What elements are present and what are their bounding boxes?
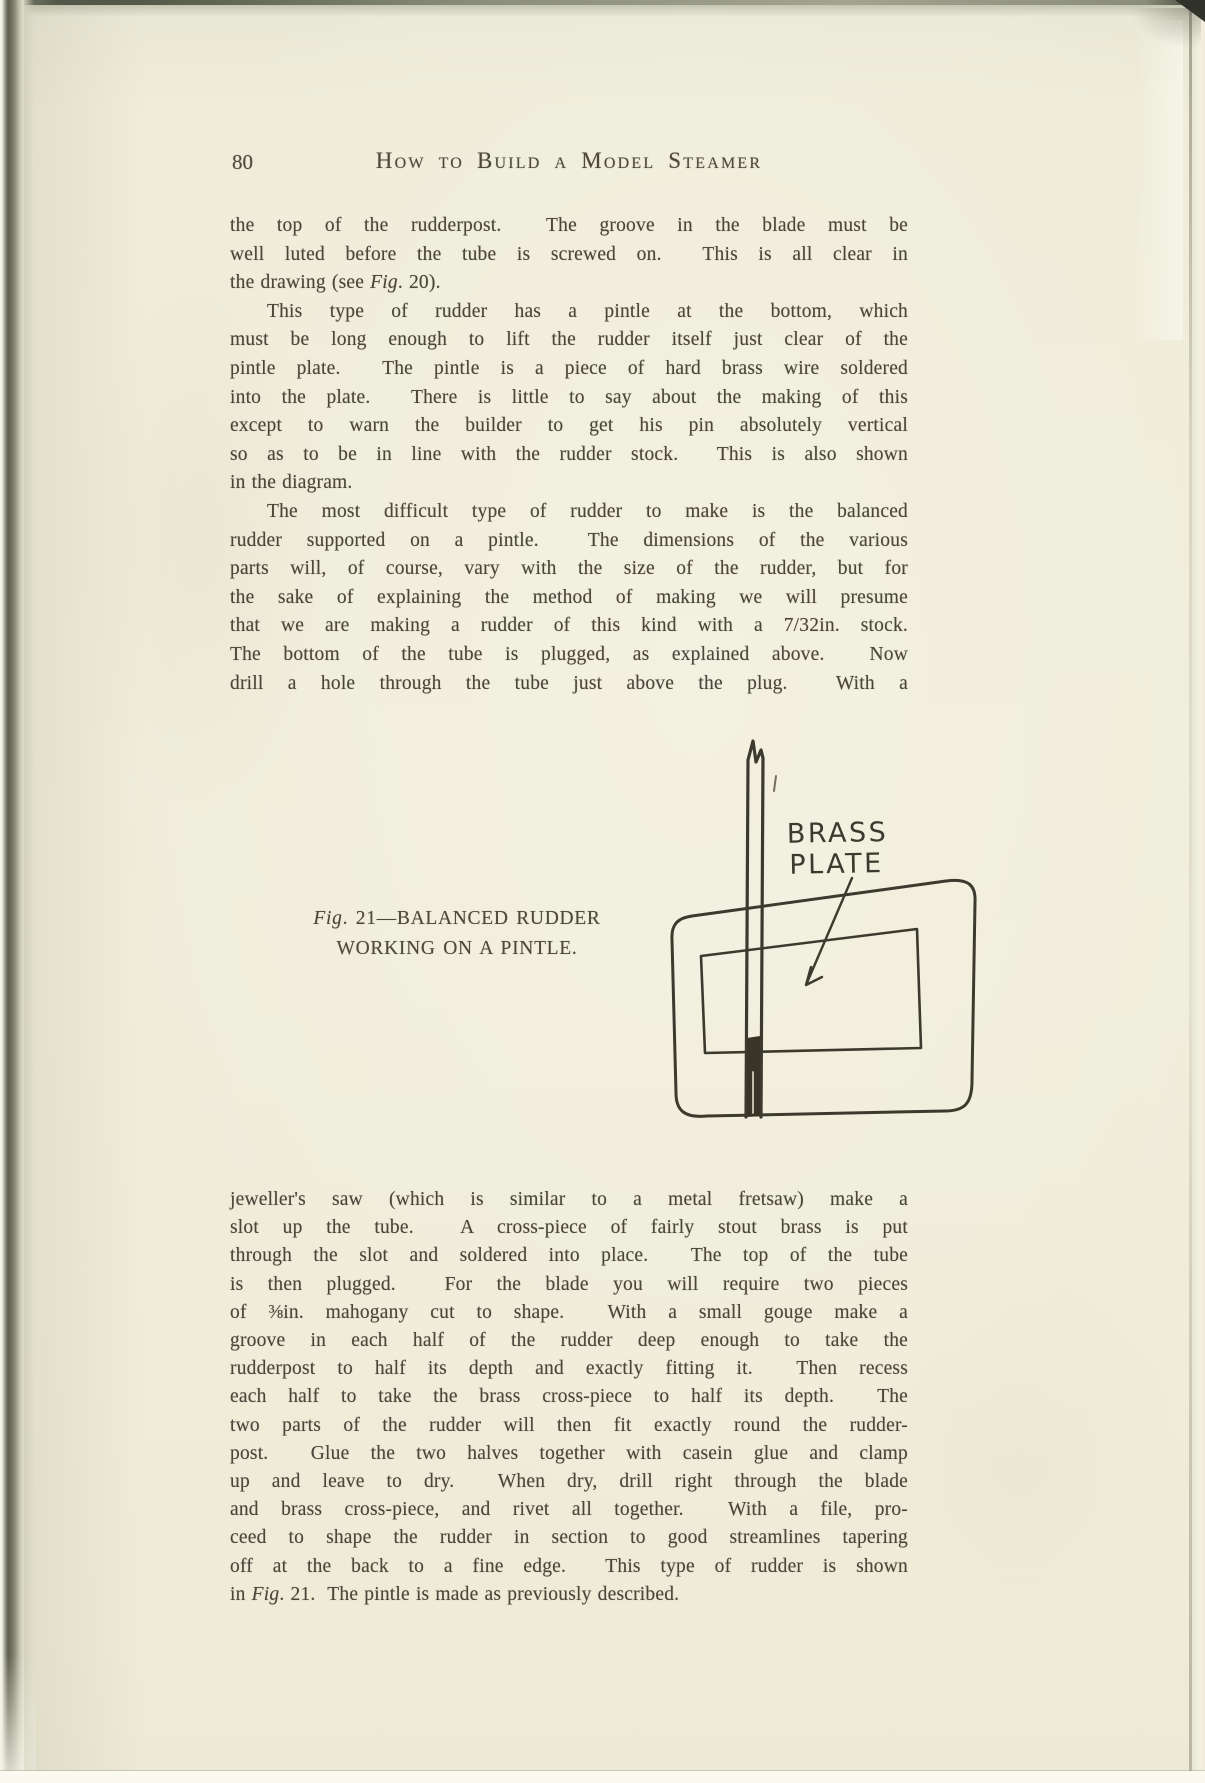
text-line: The most difficult type of rudder to mak… <box>230 498 908 527</box>
text-line: jeweller's saw (which is similar to a me… <box>230 1186 908 1214</box>
text-line: well luted before the tube is screwed on… <box>230 241 908 270</box>
text-line: post. Glue the two halves together with … <box>230 1440 908 1468</box>
text-line: into the plate. There is little to say a… <box>230 384 908 413</box>
text-line: through the slot and soldered into place… <box>230 1242 908 1270</box>
brass-plate-label-line1: BRASS <box>787 817 889 850</box>
text-line: off at the back to a fine edge. This typ… <box>230 1553 908 1581</box>
body-text-lower: jeweller's saw (which is similar to a me… <box>230 1186 908 1609</box>
text-line: rudderpost to half its depth and exactly… <box>230 1355 908 1383</box>
brass-plate-label-line2: PLATE <box>789 848 884 881</box>
text-line: except to warn the builder to get his pi… <box>230 412 908 441</box>
text-line: This type of rudder has a pintle at the … <box>230 298 908 327</box>
text-line: rudder supported on a pintle. The dimens… <box>230 527 908 556</box>
text-line: so as to be in line with the rudder stoc… <box>230 441 908 470</box>
text-line: the top of the rudderpost. The groove in… <box>230 212 908 241</box>
text-line: each half to take the brass cross-piece … <box>230 1383 908 1411</box>
text-line: ceed to shape the rudder in section to g… <box>230 1524 908 1552</box>
page-top-edge-shadow <box>0 5 1205 17</box>
body-text-upper: the top of the rudderpost. The groove in… <box>230 212 908 698</box>
text-line: that we are making a rudder of this kind… <box>230 612 908 641</box>
running-title: How to Build a Model Steamer <box>230 148 908 174</box>
text-line: pintle plate. The pintle is a piece of h… <box>230 355 908 384</box>
text-line: must be long enough to lift the rudder i… <box>230 326 908 355</box>
text-line: two parts of the rudder will then fit ex… <box>230 1412 908 1440</box>
page-right-margin-edge <box>1192 0 1205 1783</box>
text-line: the drawing (see Fig. 20). <box>230 269 908 298</box>
text-line: in the diagram. <box>230 469 908 498</box>
brass-plate-rect <box>701 929 921 1053</box>
text-line: in Fig. 21. The pintle is made as previo… <box>230 1581 908 1609</box>
book-gutter-soft-shadow <box>24 0 144 1783</box>
text-line: parts will, of course, vary with the siz… <box>230 555 908 584</box>
text-line: groove in each half of the rudder deep e… <box>230 1327 908 1355</box>
text-line: the sake of explaining the method of mak… <box>230 584 908 613</box>
paper-blotch <box>860 1250 1180 1670</box>
text-line: slot up the tube. A cross-piece of fairl… <box>230 1214 908 1242</box>
figure-21-diagram: BRASS PLATE <box>560 730 1010 1130</box>
text-line: The bottom of the tube is plugged, as ex… <box>230 641 908 670</box>
text-line: drill a hole through the tube just above… <box>230 670 908 699</box>
corner-smudge <box>1131 8 1201 48</box>
rudder-blade-outline <box>672 880 975 1116</box>
page-right-edge-line <box>1189 0 1192 1783</box>
label-arrow <box>806 878 852 985</box>
text-line: is then plugged. For the blade you will … <box>230 1271 908 1299</box>
scanned-book-page: 80 How to Build a Model Steamer the top … <box>0 0 1205 1783</box>
rudder-post-tick <box>774 776 776 791</box>
page-right-highlight <box>1137 20 1183 340</box>
page-bottom-edge <box>0 1771 1205 1783</box>
text-line: up and leave to dry. When dry, drill rig… <box>230 1468 908 1496</box>
text-line: of ⅜in. mahogany cut to shape. With a sm… <box>230 1299 908 1327</box>
text-line: and brass cross-piece, and rivet all tog… <box>230 1496 908 1524</box>
